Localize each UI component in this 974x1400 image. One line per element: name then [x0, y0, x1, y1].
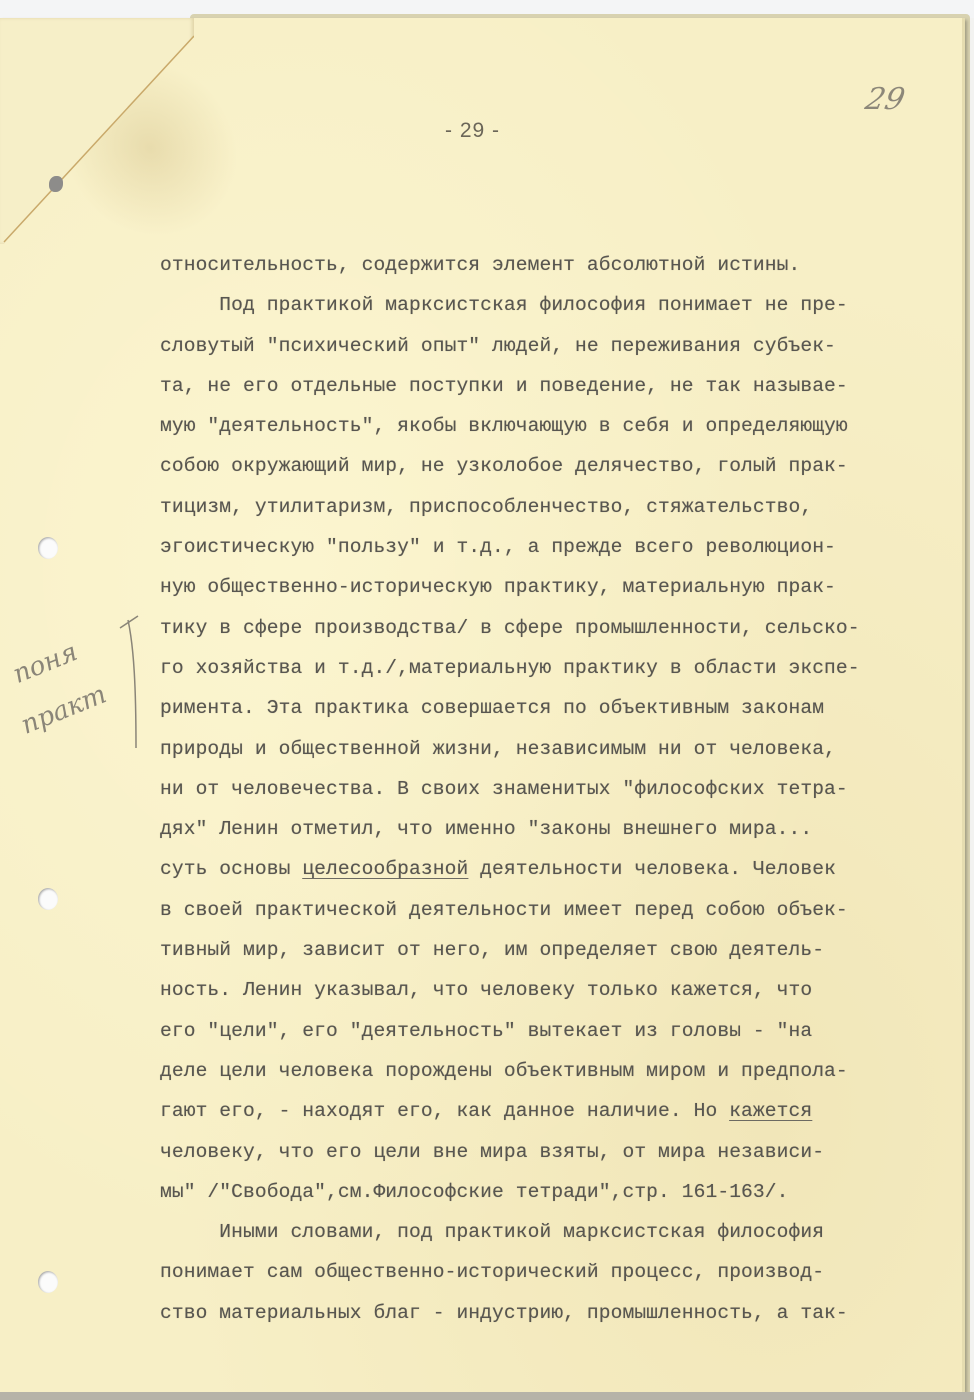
text-segment: суть основы — [160, 858, 302, 880]
text-segment: природы и общественной жизни, независимы… — [160, 738, 836, 760]
text-line: его "цели", его "деятельность" вытекает … — [160, 1011, 960, 1051]
text-segment: дях" Ленин отметил, что именно "законы в… — [160, 818, 812, 840]
punch-hole-icon — [38, 1271, 58, 1293]
text-line: человеку, что его цели вне мира взяты, о… — [160, 1132, 960, 1172]
text-line: природы и общественной жизни, независимы… — [160, 729, 960, 769]
text-segment: ность. Ленин указывал, что человеку толь… — [160, 979, 812, 1001]
text-line: ство материальных благ - индустрию, пром… — [160, 1293, 960, 1333]
margin-note-line-2: практ — [17, 679, 111, 740]
text-segment: тицизм, утилитаризм, приспособленчество,… — [160, 496, 812, 518]
text-line: римента. Эта практика совершается по объ… — [160, 688, 960, 728]
text-line: ность. Ленин указывал, что человеку толь… — [160, 970, 960, 1010]
text-line: гают его, - находят его, как данное нали… — [160, 1091, 960, 1131]
handwritten-margin-note: поня практ — [10, 608, 150, 758]
text-line: мы" /"Свобода",см.Философские тетради",с… — [160, 1172, 960, 1212]
text-segment: собою окружающий мир, не узколобое деляч… — [160, 455, 848, 477]
fold-tear-mark — [49, 176, 63, 192]
text-line: та, не его отдельные поступки и поведени… — [160, 366, 960, 406]
text-segment: человеку, что его цели вне мира взяты, о… — [160, 1141, 824, 1163]
typed-text-body: относительность, содержится элемент абсо… — [160, 245, 960, 1333]
text-line: дях" Ленин отметил, что именно "законы в… — [160, 809, 960, 849]
text-line: тицизм, утилитаризм, приспособленчество,… — [160, 487, 960, 527]
scan-bottom-edge — [0, 1392, 974, 1400]
text-segment: словутый "психический опыт" людей, не пе… — [160, 335, 836, 357]
text-segment: Под практикой марксистская философия пон… — [160, 294, 848, 316]
document-page: - 29 - 29 поня практ относительность, со… — [0, 18, 965, 1392]
text-segment: ство материальных благ - индустрию, пром… — [160, 1302, 848, 1324]
text-segment: деле цели человека порождены объективным… — [160, 1060, 848, 1082]
text-segment: мы" /"Свобода",см.Философские тетради",с… — [160, 1181, 788, 1203]
text-line: ную общественно-историческую практику, м… — [160, 567, 960, 607]
archive-page-number: 29 — [862, 82, 908, 117]
text-line: собою окружающий мир, не узколобое деляч… — [160, 446, 960, 486]
text-segment: та, не его отдельные поступки и поведени… — [160, 375, 848, 397]
handwriting-icon: поня практ — [10, 608, 150, 758]
text-segment: римента. Эта практика совершается по объ… — [160, 697, 824, 719]
punch-hole-icon — [38, 888, 58, 910]
text-segment: относительность, содержится элемент абсо… — [160, 254, 800, 276]
text-segment: ни от человечества. В своих знаменитых "… — [160, 778, 848, 800]
text-segment: гают его, - находят его, как данное нали… — [160, 1100, 729, 1122]
punch-hole-icon — [38, 537, 58, 559]
text-segment: ную общественно-историческую практику, м… — [160, 576, 836, 598]
text-line: суть основы целесообразной деятельности … — [160, 849, 960, 889]
text-line: относительность, содержится элемент абсо… — [160, 245, 960, 285]
text-line: тику в сфере производства/ в сфере промы… — [160, 608, 960, 648]
text-line: тивный мир, зависит от него, им определя… — [160, 930, 960, 970]
underlined-word: целесообразной — [302, 858, 468, 880]
text-line: Иными словами, под практикой марксистска… — [160, 1212, 960, 1252]
margin-note-line-1: поня — [10, 637, 82, 690]
text-line: деле цели человека порождены объективным… — [160, 1051, 960, 1091]
typed-page-number: - 29 - — [445, 119, 500, 143]
text-line: в своей практической деятельности имеет … — [160, 890, 960, 930]
text-segment: в своей практической деятельности имеет … — [160, 899, 848, 921]
text-line: мую "деятельность", якобы включающую в с… — [160, 406, 960, 446]
text-line: ни от человечества. В своих знаменитых "… — [160, 769, 960, 809]
text-line: понимает сам общественно-исторический пр… — [160, 1252, 960, 1292]
text-segment: деятельности человека. Человек — [468, 858, 836, 880]
underlined-word: кажется — [729, 1100, 812, 1122]
text-line: Под практикой марксистская философия пон… — [160, 285, 960, 325]
text-segment: мую "деятельность", якобы включающую в с… — [160, 415, 848, 437]
text-segment: тивный мир, зависит от него, им определя… — [160, 939, 824, 961]
text-line: го хозяйства и т.д./,материальную практи… — [160, 648, 960, 688]
text-line: словутый "психический опыт" людей, не пе… — [160, 326, 960, 366]
text-segment: Иными словами, под практикой марксистска… — [160, 1221, 824, 1243]
text-segment: его "цели", его "деятельность" вытекает … — [160, 1020, 812, 1042]
text-segment: эгоистическую "пользу" и т.д., а прежде … — [160, 536, 836, 558]
text-line: эгоистическую "пользу" и т.д., а прежде … — [160, 527, 960, 567]
text-segment: тику в сфере производства/ в сфере промы… — [160, 617, 860, 639]
text-segment: понимает сам общественно-исторический пр… — [160, 1261, 824, 1283]
text-segment: го хозяйства и т.д./,материальную практи… — [160, 657, 860, 679]
